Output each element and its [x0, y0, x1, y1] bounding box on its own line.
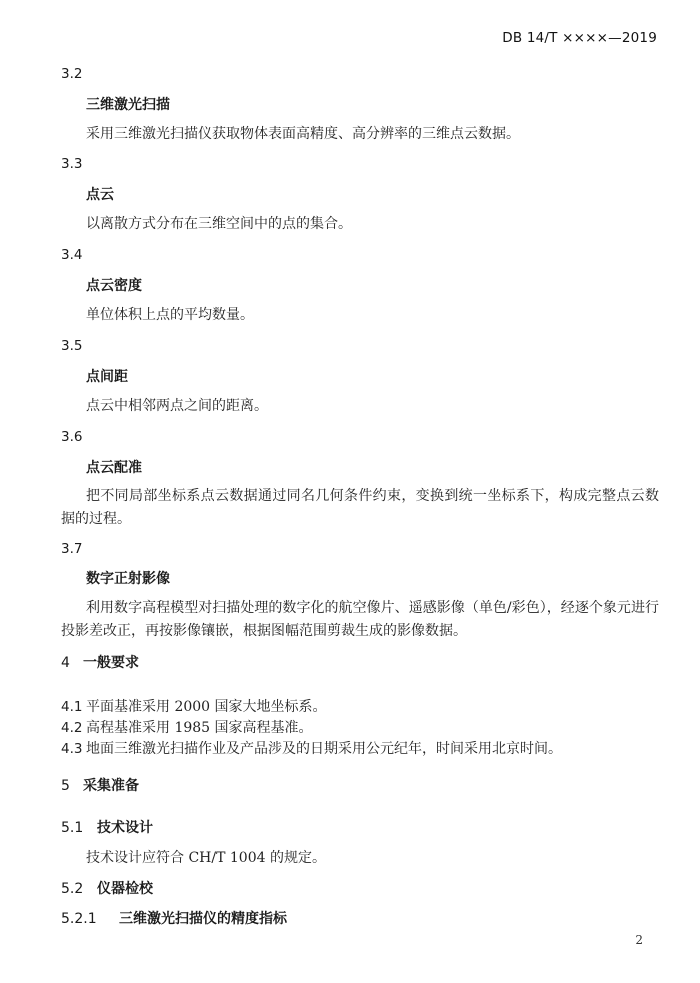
subsection-text: 技术设计应符合 CH/T 1004 的规定。 [86, 848, 326, 868]
page-header: DB 14/T ××××—2019 [502, 30, 657, 46]
term-title: 三维激光扫描 [86, 95, 170, 115]
section-number: 4 [61, 653, 83, 673]
subsection-title: 技术设计 [97, 820, 153, 836]
term-definition: 采用三维激光扫描仪获取物体表面高精度、高分辨率的三维点云数据。 [86, 124, 520, 144]
page-number: 2 [635, 933, 643, 947]
list-item: 4.1平面基准采用 2000 国家大地坐标系。 [61, 697, 327, 717]
term-number: 3.4 [61, 245, 82, 265]
item-number: 4.1 [61, 697, 86, 717]
subsection-number: 5.1 [61, 818, 97, 838]
list-item: 4.2高程基准采用 1985 国家高程基准。 [61, 718, 313, 738]
subsubsection-number: 5.2.1 [61, 909, 119, 929]
item-number: 4.3 [61, 739, 86, 759]
subsection-heading-5-1: 5.1技术设计 [61, 818, 153, 838]
subsection-title: 仪器检校 [97, 881, 153, 897]
item-text: 平面基准采用 2000 国家大地坐标系。 [86, 699, 327, 715]
term-number: 3.5 [61, 336, 82, 356]
term-title: 点云密度 [86, 276, 142, 296]
section-heading-4: 4一般要求 [61, 653, 139, 673]
term-definition: 点云中相邻两点之间的距离。 [86, 396, 268, 416]
term-number: 3.3 [61, 154, 82, 174]
term-number: 3.6 [61, 427, 82, 447]
item-number: 4.2 [61, 718, 86, 738]
term-number: 3.7 [61, 539, 82, 559]
subsubsection-title: 三维激光扫描仪的精度指标 [119, 911, 287, 927]
section-number: 5 [61, 776, 83, 796]
term-title: 点云配准 [86, 458, 142, 478]
section-heading-5: 5采集准备 [61, 776, 139, 796]
section-title: 采集准备 [83, 778, 139, 794]
subsection-number: 5.2 [61, 879, 97, 899]
term-number: 3.2 [61, 64, 82, 84]
term-definition: 单位体积上点的平均数量。 [86, 305, 254, 325]
list-item: 4.3地面三维激光扫描作业及产品涉及的日期采用公元纪年，时间采用北京时间。 [61, 739, 562, 759]
item-text: 高程基准采用 1985 国家高程基准。 [86, 720, 313, 736]
term-definition: 把不同局部坐标系点云数据通过同名几何条件约束，变换到统一坐标系下，构成完整点云数… [61, 485, 659, 531]
term-title: 点云 [86, 185, 114, 205]
term-title: 点间距 [86, 367, 128, 387]
section-title: 一般要求 [83, 655, 139, 671]
item-text: 地面三维激光扫描作业及产品涉及的日期采用公元纪年，时间采用北京时间。 [86, 741, 562, 757]
subsubsection-heading-5-2-1: 5.2.1三维激光扫描仪的精度指标 [61, 909, 287, 929]
term-definition: 以离散方式分布在三维空间中的点的集合。 [86, 214, 352, 234]
subsection-heading-5-2: 5.2仪器检校 [61, 879, 153, 899]
term-title: 数字正射影像 [86, 569, 170, 589]
term-definition: 利用数字高程模型对扫描处理的数字化的航空像片、遥感影像（单色/彩色），经逐个象元… [61, 597, 659, 643]
